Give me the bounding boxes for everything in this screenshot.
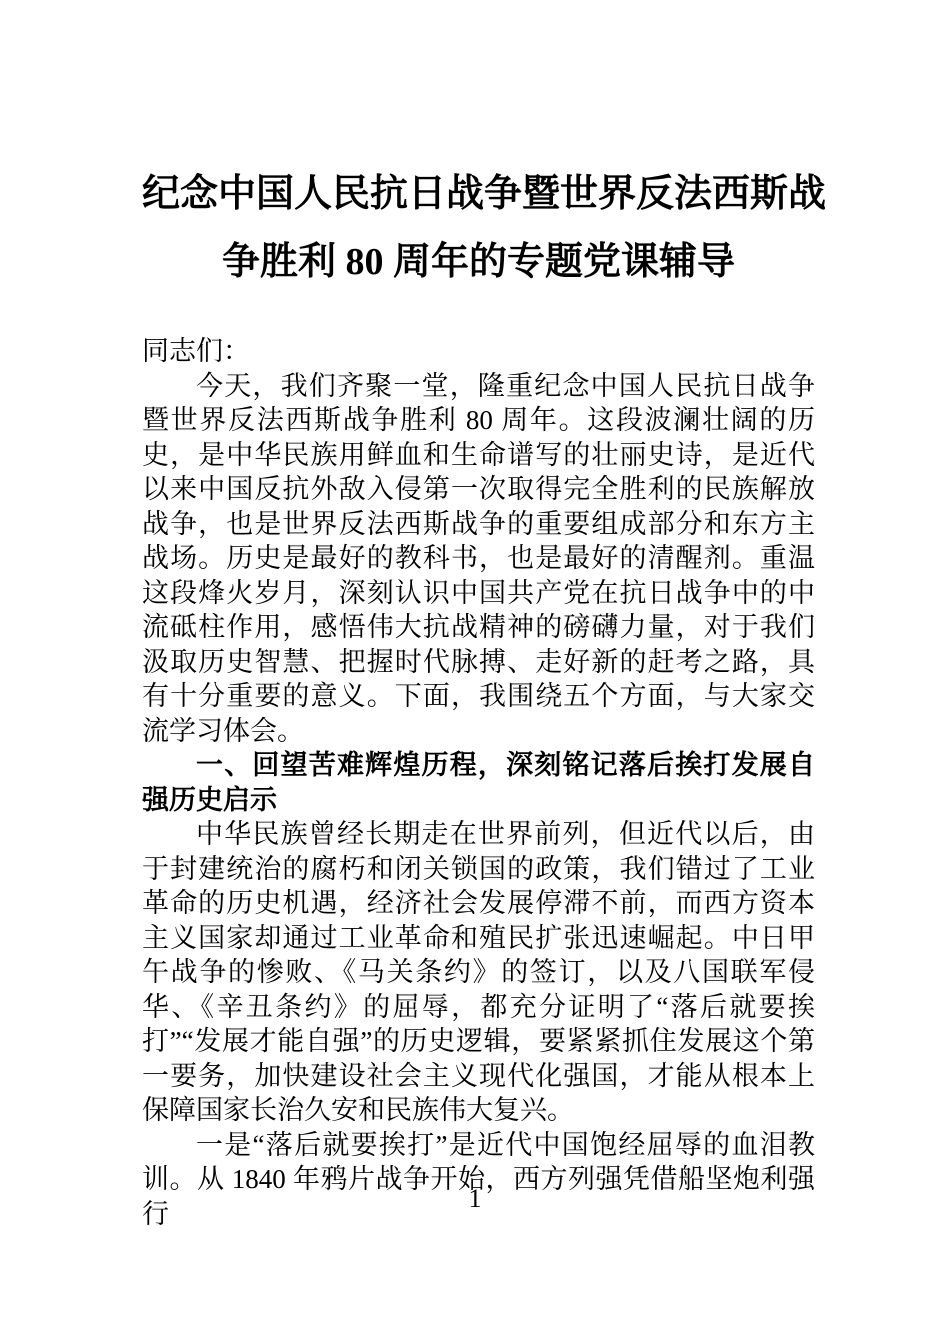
salutation-text: 同志们：	[142, 334, 815, 369]
document-title-line-2: 争胜利 80 周年的专题党课辅导	[142, 228, 815, 296]
document-page: 纪念中国人民抗日战争暨世界反法西斯战 争胜利 80 周年的专题党课辅导 同志们：…	[0, 0, 950, 1344]
paragraph-intro: 今天，我们齐聚一堂，隆重纪念中国人民抗日战争暨世界反法西斯战争胜利 80 周年。…	[142, 369, 815, 749]
paragraph-section1-2: 一是“落后就要挨打”是近代中国饱经屈辱的血泪教训。从 1840 年鸦片战争开始，…	[142, 1128, 815, 1232]
paragraph-section1-1: 中华民族曾经长期走在世界前列，但近代以后，由于封建统治的腐朽和闭关锁国的政策，我…	[142, 817, 815, 1128]
document-body: 纪念中国人民抗日战争暨世界反法西斯战 争胜利 80 周年的专题党课辅导 同志们：…	[142, 160, 815, 1231]
page-number: 1	[0, 1184, 950, 1214]
document-title: 纪念中国人民抗日战争暨世界反法西斯战 争胜利 80 周年的专题党课辅导	[142, 160, 815, 296]
section-heading-1: 一、回望苦难辉煌历程，深刻铭记落后挨打发展自强历史启示	[142, 748, 815, 817]
document-title-line-1: 纪念中国人民抗日战争暨世界反法西斯战	[142, 160, 815, 228]
